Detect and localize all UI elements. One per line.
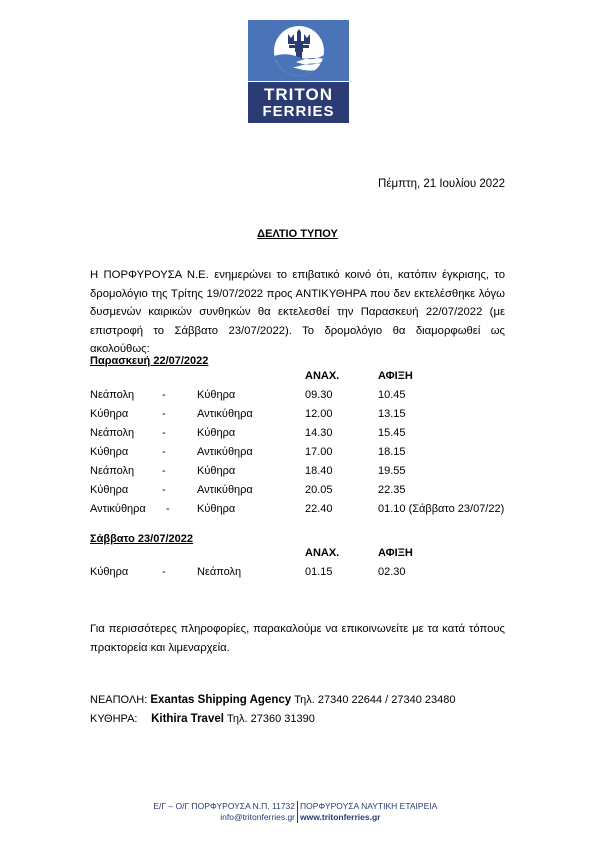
departure-time: 22.40 <box>305 503 333 515</box>
departure-time: 14.30 <box>305 427 333 439</box>
origin-port: Κύθηρα <box>90 484 128 496</box>
arrival-time: 15.45 <box>378 427 406 439</box>
schedule-row: Κύθηρα-Αντικύθηρα20.0522.35 <box>90 484 520 503</box>
route-separator: - <box>162 389 166 401</box>
triton-ferries-logo: TRITON FERRIES <box>248 20 349 123</box>
footer-vessel-info: Ε/Γ – Ο/Γ ΠΟΡΦΥΡΟΥΣΑ Ν.Π. 11732 <box>153 801 295 811</box>
schedule-row: Νεάπολη-Κύθηρα09.3010.45 <box>90 389 520 408</box>
departure-time: 17.00 <box>305 446 333 458</box>
schedule-row: Κύθηρα-Νεάπολη01.1502.30 <box>90 566 520 585</box>
contact-phone: Τηλ. 27360 31390 <box>227 713 315 725</box>
contact-kythira: ΚΥΘΗΡΑ: Kithira Travel Τηλ. 27360 31390 <box>90 713 315 725</box>
footer-divider <box>297 801 298 823</box>
intro-paragraph: Η ΠΟΡΦΥΡΟΥΣΑ Ν.Ε. ενημερώνει το επιβατικ… <box>90 266 505 359</box>
destination-port: Αντικύθηρα <box>197 408 253 420</box>
schedule-day-heading: Σάββατο 23/07/2022 <box>90 533 193 545</box>
logo-text-triton: TRITON <box>248 86 349 104</box>
contact-agency: Exantas Shipping Agency <box>150 694 291 706</box>
origin-port: Κύθηρα <box>90 566 128 578</box>
route-separator: - <box>162 484 166 496</box>
schedule-row: Νεάπολη-Κύθηρα18.4019.55 <box>90 465 520 484</box>
arrival-column-header: ΑΦΙΞΗ <box>378 370 413 382</box>
arrival-time: 02.30 <box>378 566 406 578</box>
origin-port: Νεάπολη <box>90 389 134 401</box>
origin-port: Νεάπολη <box>90 465 134 477</box>
contact-agency: Kithira Travel <box>151 713 224 725</box>
footer-website-link[interactable]: www.tritonferries.gr <box>300 812 380 822</box>
route-separator: - <box>162 465 166 477</box>
destination-port: Νεάπολη <box>197 566 241 578</box>
document-title: ΔΕΛΤΙΟ ΤΥΠΟΥ <box>0 228 595 240</box>
arrival-time: 19.55 <box>378 465 406 477</box>
destination-port: Κύθηρα <box>197 427 235 439</box>
origin-port: Αντικύθηρα <box>90 503 146 515</box>
route-separator: - <box>162 446 166 458</box>
arrival-column-header: ΑΦΙΞΗ <box>378 547 413 559</box>
schedule-row: Νεάπολη-Κύθηρα14.3015.45 <box>90 427 520 446</box>
departure-time: 09.30 <box>305 389 333 401</box>
contact-label: ΚΥΘΗΡΑ: <box>90 713 148 725</box>
trident-wave-icon <box>274 26 324 76</box>
schedule-row: Κύθηρα-Αντικύθηρα12.0013.15 <box>90 408 520 427</box>
footer-email-link[interactable]: info@tritonferries.gr <box>220 812 295 822</box>
destination-port: Κύθηρα <box>197 503 235 515</box>
departure-column-header: ΑΝΑΧ. <box>305 547 339 559</box>
route-separator: - <box>162 427 166 439</box>
document-date: Πέμπτη, 21 Ιουλίου 2022 <box>378 178 505 190</box>
contact-phone: Τηλ. 27340 22644 / 27340 23480 <box>294 694 455 706</box>
contact-neapoli: ΝΕΑΠΟΛΗ: Exantas Shipping Agency Τηλ. 27… <box>90 694 455 706</box>
schedule-row: Κύθηρα-Αντικύθηρα17.0018.15 <box>90 446 520 465</box>
origin-port: Κύθηρα <box>90 446 128 458</box>
destination-port: Αντικύθηρα <box>197 484 253 496</box>
route-separator: - <box>162 408 166 420</box>
arrival-time: 01.10 (Σάββατο 23/07/22) <box>378 503 504 515</box>
route-separator: - <box>166 503 170 515</box>
departure-time: 12.00 <box>305 408 333 420</box>
info-paragraph: Για περισσότερες πληροφορίες, παρακαλούμ… <box>90 620 505 658</box>
departure-time: 01.15 <box>305 566 333 578</box>
destination-port: Κύθηρα <box>197 389 235 401</box>
arrival-time: 18.15 <box>378 446 406 458</box>
arrival-time: 13.15 <box>378 408 406 420</box>
origin-port: Κύθηρα <box>90 408 128 420</box>
route-separator: - <box>162 566 166 578</box>
departure-column-header: ΑΝΑΧ. <box>305 370 339 382</box>
schedule-day-heading: Παρασκευή 22/07/2022 <box>90 355 208 367</box>
footer-company-name: ΠΟΡΦΥΡΟΥΣΑ ΝΑΥΤΙΚΗ ΕΤΑΙΡΕΙΑ <box>300 801 437 811</box>
arrival-time: 22.35 <box>378 484 406 496</box>
arrival-time: 10.45 <box>378 389 406 401</box>
destination-port: Αντικύθηρα <box>197 446 253 458</box>
departure-time: 20.05 <box>305 484 333 496</box>
schedule-row: Αντικύθηρα-Κύθηρα22.4001.10 (Σάββατο 23/… <box>90 503 520 522</box>
departure-time: 18.40 <box>305 465 333 477</box>
contact-label: ΝΕΑΠΟΛΗ: <box>90 694 147 706</box>
destination-port: Κύθηρα <box>197 465 235 477</box>
origin-port: Νεάπολη <box>90 427 134 439</box>
logo-text-ferries: FERRIES <box>248 104 349 120</box>
